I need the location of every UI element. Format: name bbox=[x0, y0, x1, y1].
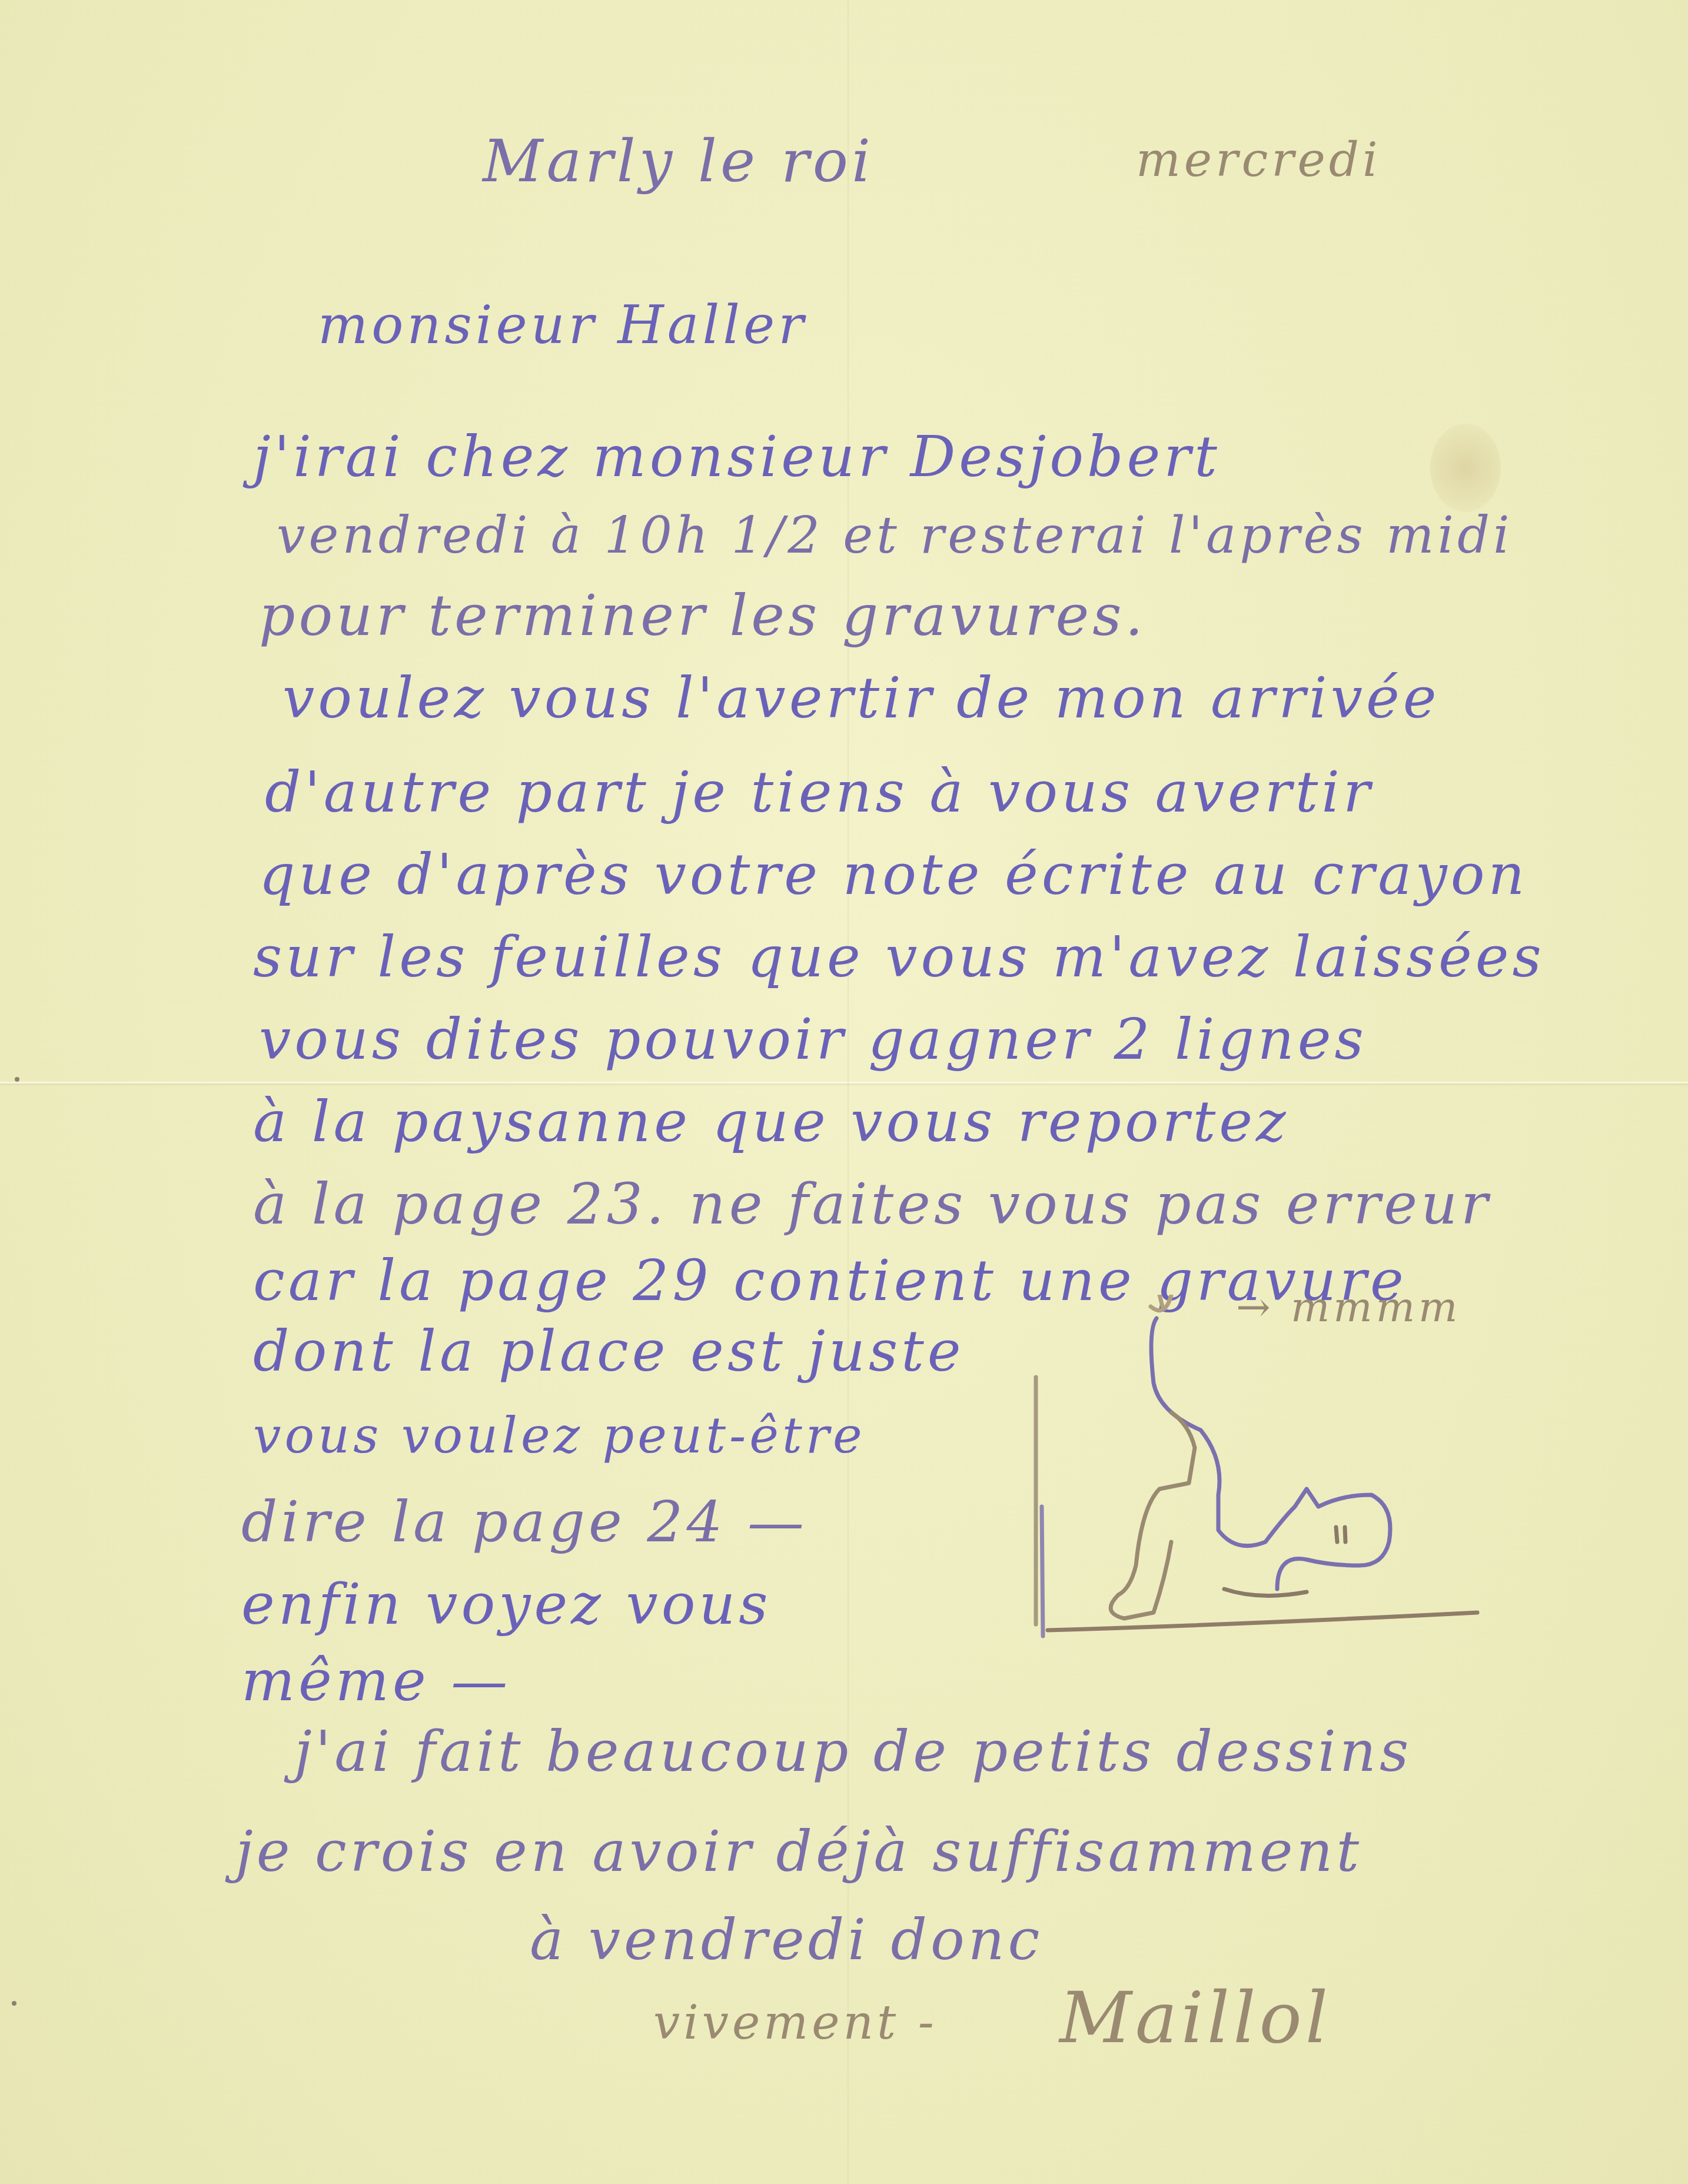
paper-fold-horizontal bbox=[0, 1082, 1688, 1083]
letter-place: Marly le roi bbox=[483, 127, 874, 195]
letter-closing: vivement - bbox=[653, 1995, 938, 2050]
body-line: dont la place est juste bbox=[253, 1318, 965, 1384]
paper-speck bbox=[15, 1077, 19, 1082]
body-line: même — bbox=[241, 1648, 511, 1714]
letter-salutation: monsieur Haller bbox=[318, 294, 807, 356]
body-line: vous voulez peut-être bbox=[253, 1407, 866, 1464]
paper-stain bbox=[1430, 424, 1501, 512]
body-line: vendredi à 10h 1/2 et resterai l'après m… bbox=[277, 506, 1513, 565]
body-line: vous dites pouvoir gagner 2 lignes bbox=[259, 1006, 1367, 1072]
body-line: à la page 23. ne faites vous pas erreur bbox=[253, 1171, 1491, 1237]
body-line: que d'après votre note écrite au crayon bbox=[259, 842, 1528, 907]
figure-sketch-icon bbox=[1012, 1295, 1589, 1648]
body-line: à vendredi donc bbox=[530, 1907, 1043, 1973]
body-line: j'irai chez monsieur Desjobert bbox=[253, 424, 1221, 490]
body-line: je crois en avoir déjà suffisamment bbox=[235, 1819, 1363, 1884]
letter-signature: Maillol bbox=[1059, 1977, 1331, 2059]
body-line: j'ai fait beaucoup de petits dessins bbox=[294, 1718, 1412, 1784]
body-line: pour terminer les gravures. bbox=[259, 583, 1147, 649]
body-line: enfin voyez vous bbox=[241, 1571, 772, 1637]
body-line: sur les feuilles que vous m'avez laissée… bbox=[253, 924, 1545, 990]
body-line: voulez vous l'avertir de mon arrivée bbox=[283, 665, 1440, 731]
paper-speck bbox=[12, 2001, 16, 2006]
body-line: d'autre part je tiens à vous avertir bbox=[265, 759, 1374, 825]
body-line: dire la page 24 — bbox=[241, 1489, 808, 1555]
body-line: à la paysanne que vous reportez bbox=[253, 1089, 1290, 1155]
letter-day: mercredi bbox=[1136, 132, 1381, 187]
